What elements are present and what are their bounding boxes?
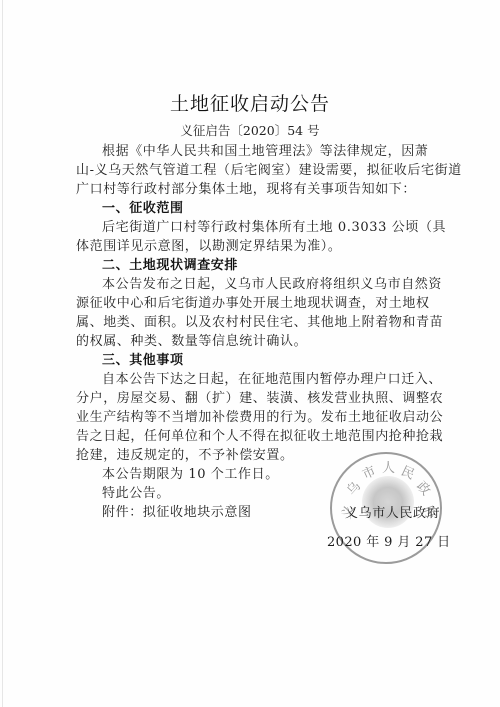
intro-line-2: 山-义乌天然气管道工程（后宅阀室）建设需要，拟征收后宅街道 [76, 161, 436, 180]
section-3-line-2: 分户，房屋交易、翻（扩）建、装潢、核发营业执照、调整农 [76, 389, 436, 408]
section-1-line-2: 体范围详见示意图，以勘测定界结果为准）。 [76, 237, 436, 256]
document-number: 义征启告〔2020〕54 号 [0, 121, 500, 139]
document-page: 土地征收启动公告 义征启告〔2020〕54 号 根据《中华人民共和国土地管理法》… [0, 0, 500, 707]
section-2-line-2: 源征收中心和后宅街道办事处开展土地现状调查，对土地权 [76, 294, 436, 313]
section-3-line-1: 自本公告下达之日起，在征地范围内暂停办理户口迁入、 [102, 370, 462, 389]
section-1-line-1: 后宅街道广口村等行政村集体所有土地 0.3033 公顷（具 [102, 218, 462, 237]
document-title: 土地征收启动公告 [0, 89, 500, 116]
issuer-signature: 义乌市人民政府 [345, 502, 440, 521]
section-1-heading: 一、征收范围 [102, 199, 462, 218]
section-2-line-4: 的权属、种类、数量等信息统计确认。 [76, 332, 436, 351]
seal-char: 政 [413, 476, 436, 498]
section-2-line-1: 本公告发布之日起，义乌市人民政府将组织义乌市自然资 [102, 275, 462, 294]
section-3-line-3: 业生产结构等不当增加补偿费用的行为。发布土地征收启动公 [76, 408, 436, 427]
section-3-heading: 三、其他事项 [102, 351, 462, 370]
intro-line-3: 广口村等行政村部分集体土地，现将有关事项告知如下： [76, 180, 436, 199]
seal-char: 人 [382, 457, 395, 476]
section-3-line-4: 告之日起，任何单位和个人不得在拟征收土地范围内抢种抢栽 [76, 427, 436, 446]
section-2-line-3: 属、地类、面积。以及农村村民住宅、其他地上附着物和青苗 [76, 313, 436, 332]
seal-char: 乌 [341, 476, 364, 498]
intro-line-1: 根据《中华人民共和国土地管理法》等法律规定，因萧 [102, 142, 462, 161]
issue-date: 2020 年 9 月 27 日 [327, 531, 451, 550]
section-2-heading: 二、土地现状调查安排 [102, 256, 462, 275]
